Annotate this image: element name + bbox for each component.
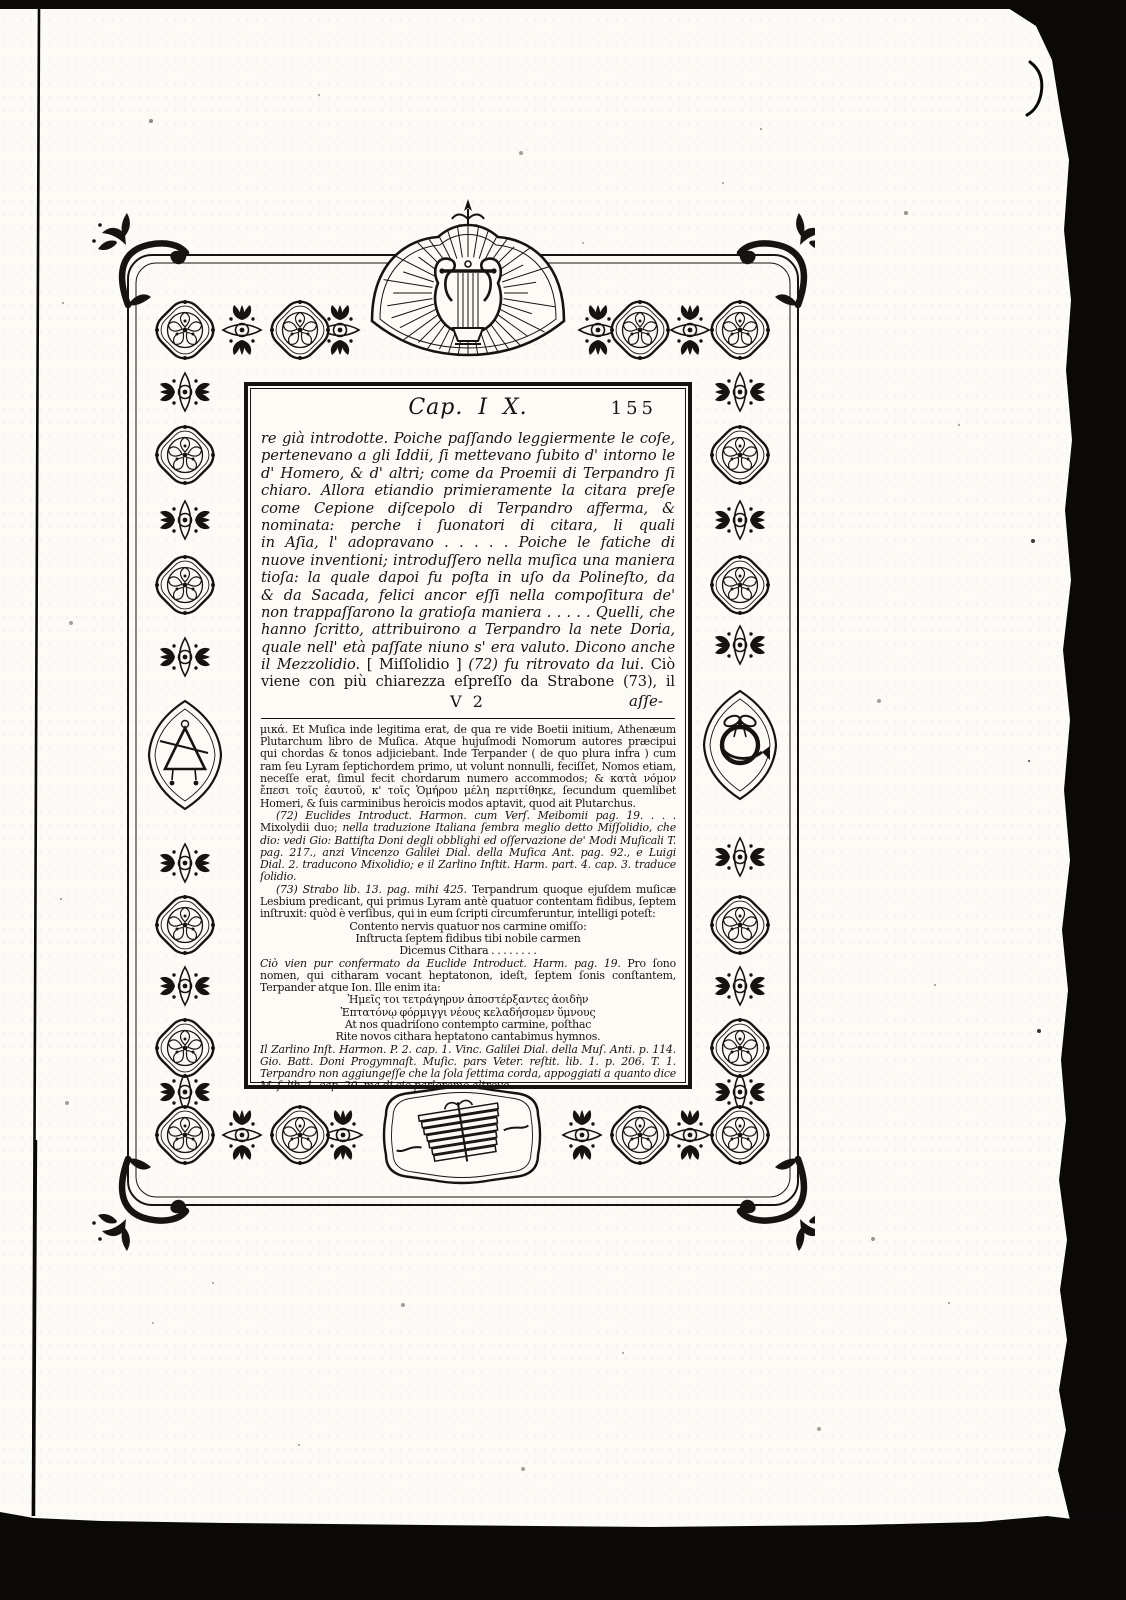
text-line: Il Zarlino Inſt. Harmon. P. 2. cap. 1. V… — [260, 1044, 676, 1056]
text-line: Dial. 2. traducono Mixolidio; e il Zarli… — [260, 859, 676, 871]
floral-rosette-medallion — [150, 1013, 221, 1084]
text-line: (73) Strabo lib. 13. pag. mihi 425. Terp… — [260, 884, 676, 896]
text-line: qui chordas & tonos adjiciebant. Inde Te… — [260, 748, 676, 760]
text-line: pertenevano a gli Iddii, ſi mettevano ſu… — [261, 447, 675, 464]
floral-rosette-medallion — [150, 295, 221, 366]
rococo-corner-scroll — [740, 213, 815, 306]
text-line: ſolidio. — [260, 871, 676, 883]
tulip-eye-link — [160, 373, 210, 411]
text-block-frame: Cap. I X. 155 re già introdotte. Poiche … — [244, 382, 692, 1089]
floral-rosette-medallion — [705, 295, 776, 366]
tulip-eye-link — [160, 967, 210, 1005]
tulip-eye-link — [715, 373, 765, 411]
page-number: 155 — [611, 398, 657, 419]
text-line: Ἑπτατόνῳ φόρμιγγι νέους κελαδήσομεν ὕμνο… — [260, 1007, 676, 1019]
tulip-eye-link — [715, 626, 765, 664]
text-line: ram ſeu Lyram ſeptichordem primo, ut vol… — [260, 761, 676, 773]
tulip-eye-link — [160, 501, 210, 539]
text-line: Ἡμεῖς τοι τετράγηρυν ἀποστέρξαντες ἀοιδὴ… — [260, 994, 676, 1006]
floral-rosette-medallion — [605, 295, 676, 366]
text-line: viene con più chiarezza eſpreſſo da Stra… — [261, 673, 675, 690]
text-line: Dicemus Cithara . . . . . . . . — [260, 945, 676, 957]
floral-rosette-medallion — [705, 550, 776, 621]
footnote-72: (72) Euclides Introduct. Harmon. cum Ver… — [260, 810, 676, 884]
text-line: Lesbium predicant, qui primus Lyram antè… — [260, 896, 676, 908]
rococo-corner-scroll — [92, 1158, 186, 1251]
text-line: nomen, qui citharam vocant heptatonon, i… — [260, 970, 676, 982]
text-line: inſtruxit: quòd è verſibus, qui in eum ſ… — [260, 908, 676, 920]
scanned-book-page: { "colors": {"ink": "#171310", "paper": … — [0, 0, 1126, 1600]
text-line: re già introdotte. Poiche paſſando leggi… — [261, 430, 675, 447]
text-line: Homeri, & ſuis carminibus heroicis modos… — [260, 798, 676, 810]
floral-rosette-medallion — [150, 420, 221, 491]
lyre-sunburst-cartouche — [372, 199, 564, 380]
direction-line: V 2 aſſe- — [259, 692, 677, 712]
tulip-eye-link — [715, 838, 765, 876]
signature-mark: V 2 — [450, 692, 486, 712]
footnote-73: (73) Strabo lib. 13. pag. mihi 425. Terp… — [260, 884, 676, 1093]
text-line: in Aſia, l' adopravano . . . . . Poiche … — [261, 534, 675, 551]
floral-rosette-medallion — [265, 295, 336, 366]
running-head: Cap. I X. 155 — [259, 395, 677, 425]
floral-rosette-medallion — [150, 1100, 221, 1171]
tulip-eye-link — [715, 967, 765, 1005]
footnote-separator-rule — [261, 718, 675, 719]
text-line: Mixolydii duo; nella traduzione Italiana… — [260, 822, 676, 834]
text-line: Rite novos cithara heptatono cantabimus … — [260, 1031, 676, 1043]
footnote-continuation: μικά. Et Muſica inde legitima erat, de q… — [260, 724, 676, 810]
text-line: Terpander atque Ion. Ille enim ita: — [260, 982, 676, 994]
text-line: il Mezzolidio. [ Miſſolidio ] (72) fu ri… — [261, 656, 675, 673]
text-line: non trappaſſarono la gratioſa maniera . … — [261, 604, 675, 621]
panpipes-cartouche — [384, 1087, 540, 1183]
text-line: Terpandro non aggiungeſſe che la ſola ſe… — [260, 1068, 676, 1080]
text-line: nuove inventioni; introduſſero nella muſ… — [261, 552, 675, 569]
text-line: hanno ſcritto, attribuirono a Terpandro … — [261, 621, 675, 638]
text-line: neceſſe erat, ſimul fecit chordarum nume… — [260, 773, 676, 785]
text-line: quale nell' età paſſate niuno s' era val… — [261, 639, 675, 656]
tulip-eye-link — [715, 501, 765, 539]
text-line: Inſtructa ſeptem fidibus tibi nobile car… — [260, 933, 676, 945]
text-block-inner-rule: Cap. I X. 155 re già introdotte. Poiche … — [250, 388, 686, 1083]
tulip-eye-link — [223, 305, 261, 355]
triangle-instrument-cartouche — [149, 701, 221, 809]
text-line: chiaro. Allora etiandio primieramente la… — [261, 482, 675, 499]
text-line: tioſa: la quale dapoi fu poſta in uſo da… — [261, 569, 675, 586]
tulip-eye-link — [671, 1110, 709, 1160]
scan-edge-top — [0, 0, 1126, 9]
floral-rosette-medallion — [705, 890, 776, 961]
tulip-eye-link — [160, 638, 210, 676]
text-line: μικά. Et Muſica inde legitima erat, de q… — [260, 724, 676, 736]
text-line: M. ſ. lib. 1. cap. 20. ma di cio parlere… — [260, 1080, 676, 1092]
floral-rosette-medallion — [605, 1100, 676, 1171]
tulip-eye-link — [223, 1110, 261, 1160]
floral-rosette-medallion — [150, 550, 221, 621]
text-line: Plutarchum libro de Muſica. Atque hujuſm… — [260, 736, 676, 748]
text-line: come Cepione diſcepolo di Terpandro affe… — [261, 500, 675, 517]
text-line: Gio. Batt. Doni Progymnaſt. Muſic. pars … — [260, 1056, 676, 1068]
text-line: (72) Euclides Introduct. Harmon. cum Ver… — [260, 810, 676, 822]
floral-rosette-medallion — [265, 1100, 336, 1171]
text-line: nominata: perche i ſuonatori di citara, … — [261, 517, 675, 534]
main-text: re già introdotte. Poiche paſſando leggi… — [259, 430, 677, 691]
text-line: At nos quadriſono contempto carmine, poſ… — [260, 1019, 676, 1031]
floral-rosette-medallion — [705, 420, 776, 491]
catchword: aſſe- — [486, 692, 677, 712]
footnotes: μικά. Et Muſica inde legitima erat, de q… — [259, 724, 677, 1093]
text-line: & da Sacada, felici ancor eſſi nella com… — [261, 587, 675, 604]
text-line: Ciò vien pur confermato da Euclide Intro… — [260, 958, 676, 970]
tulip-eye-link — [160, 844, 210, 882]
text-line: dio: vedi Gio: Battiſta Doni degli obbli… — [260, 835, 676, 847]
text-line: Contento nervis quatuor nos carmine omiſ… — [260, 921, 676, 933]
tulip-eye-link — [671, 305, 709, 355]
hunting-horn-cartouche — [704, 691, 776, 799]
floral-rosette-medallion — [705, 1100, 776, 1171]
tulip-eye-link — [563, 1110, 601, 1160]
text-line: pag. 217., anzi Vincenzo Galilei Dial. d… — [260, 847, 676, 859]
text-line: ἔπεσι τοῖς ἑαυτοῦ, κ' τοῖς Ὁμήρου μέλη π… — [260, 785, 676, 797]
floral-rosette-medallion — [150, 890, 221, 961]
floral-rosette-medallion — [705, 1013, 776, 1084]
text-line: d' Homero, & d' altri; come da Proemii d… — [261, 465, 675, 482]
